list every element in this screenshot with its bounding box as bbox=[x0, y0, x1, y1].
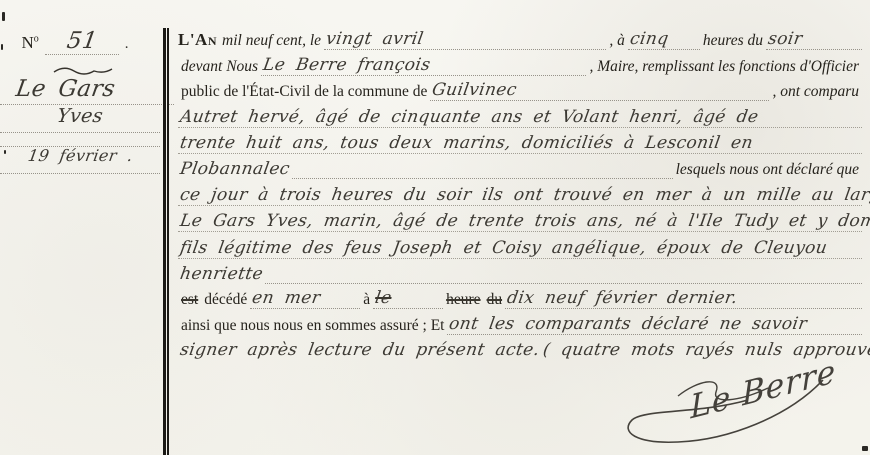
act-line-6: Plobannalec lesquels nous ont déclaré qu… bbox=[178, 154, 862, 179]
signature-block: Le Berre bbox=[618, 362, 868, 454]
hw-commune: Guilvinec bbox=[430, 82, 520, 100]
act-line-10: henriette bbox=[178, 259, 862, 284]
hw-date: vingt avril bbox=[324, 31, 427, 49]
printed-struck-heure: heure bbox=[443, 291, 483, 309]
printed-struck-est: est bbox=[178, 291, 201, 309]
hw-ampm: soir bbox=[766, 31, 806, 49]
blank-commune: Guilvinec bbox=[430, 82, 769, 101]
act-number: No 51 . bbox=[0, 30, 150, 55]
act-line-9: fils légitime des feus Joseph et Coisy a… bbox=[178, 232, 862, 258]
blank-article: le bbox=[373, 290, 443, 309]
hw-deceased-parents: fils légitime des feus Joseph et Coisy a… bbox=[177, 240, 831, 258]
hw-officer-name: Le Berre françois bbox=[261, 57, 434, 75]
act-line-1: L'An mil neuf cent, le vingt avril , à c… bbox=[178, 25, 862, 50]
number-value: 51 bbox=[63, 30, 101, 54]
printed-text: public de l'État-Civil de la commune de bbox=[178, 83, 430, 101]
hw-struck-le: le bbox=[373, 290, 395, 308]
printed-struck-du: du bbox=[484, 291, 506, 309]
blank-hour: cinq bbox=[628, 31, 700, 50]
flourish-squiggle bbox=[52, 64, 114, 76]
number-period: . bbox=[125, 36, 129, 53]
document-page: No 51 . Le Gars Yves 19 février . L'An m… bbox=[0, 0, 870, 455]
blank-ampm: soir bbox=[766, 31, 862, 50]
hw-declarants-2: trente huit ans, tous deux marins, domic… bbox=[177, 135, 757, 153]
printed-text: à bbox=[360, 291, 373, 309]
printed-lan: L'An bbox=[178, 30, 219, 50]
act-line-5: trente huit ans, tous deux marins, domic… bbox=[178, 128, 862, 154]
act-line-2: devant Nous Le Berre françois , Maire, r… bbox=[178, 50, 862, 75]
printed-text: mil neuf cent, le bbox=[219, 32, 324, 50]
printed-text: , à bbox=[606, 32, 628, 50]
blank-death-date: dix neuf février dernier. bbox=[505, 290, 862, 309]
margin-date: 19 février . bbox=[0, 148, 160, 174]
act-line-11: est décédé en mer à le heure du dix neuf… bbox=[178, 284, 862, 309]
act-line-13: signer après lecture du présent acte. ( … bbox=[178, 335, 862, 360]
act-line-3: public de l'État-Civil de la commune de … bbox=[178, 76, 862, 101]
hw-hour: cinq bbox=[628, 31, 672, 49]
act-line-8: Le Gars Yves, marin, âgé de trente trois… bbox=[178, 206, 862, 232]
number-blank: 51 bbox=[45, 30, 119, 55]
dotted-leader bbox=[265, 282, 862, 284]
printed-text: devant Nous bbox=[178, 58, 261, 76]
act-line-12: ainsi que nous nous en sommes assuré ; E… bbox=[178, 309, 862, 334]
margin-empty-line bbox=[0, 132, 160, 147]
number-label: No bbox=[21, 33, 38, 53]
act-line-4: Autret hervé, âgé de cinquante ans et Vo… bbox=[178, 101, 862, 127]
hw-declaration-1: ce jour à trois heures du soir ils ont t… bbox=[177, 187, 870, 205]
printed-text: , ont comparu bbox=[769, 83, 862, 101]
blank-closing: ont les comparants déclaré ne savoir bbox=[447, 316, 862, 335]
dotted-leader bbox=[292, 177, 673, 179]
blank-date: vingt avril bbox=[324, 31, 606, 50]
margin-firstname: Yves bbox=[0, 106, 160, 133]
hw-closing-2: signer après lecture du présent acte. bbox=[177, 342, 543, 360]
hw-spouse-name: henriette bbox=[177, 266, 267, 284]
printed-text: , Maire, remplissant les fonctions d'Off… bbox=[586, 58, 862, 76]
hw-death-place: en mer bbox=[250, 290, 324, 308]
hw-deceased-identity: Le Gars Yves, marin, âgé de trente trois… bbox=[177, 213, 870, 231]
printed-text: décédé bbox=[201, 291, 250, 309]
blank-officer: Le Berre françois bbox=[261, 57, 586, 76]
act-line-7: ce jour à trois heures du soir ils ont t… bbox=[178, 179, 862, 205]
margin-column: No 51 . Le Gars Yves 19 février . bbox=[0, 0, 166, 455]
act-body: L'An mil neuf cent, le vingt avril , à c… bbox=[178, 25, 862, 360]
separator-rule bbox=[163, 28, 170, 455]
blank-place: en mer bbox=[250, 290, 360, 309]
printed-text: lesquels nous ont déclaré que bbox=[673, 161, 862, 179]
hw-death-date: dix neuf février dernier. bbox=[505, 290, 741, 308]
printed-text: ainsi que nous nous en sommes assuré ; E… bbox=[178, 317, 447, 335]
hw-declarants-3: Plobannalec bbox=[177, 161, 293, 179]
hw-declarants-1: Autret hervé, âgé de cinquante ans et Vo… bbox=[177, 109, 762, 127]
hw-closing-1: ont les comparants déclaré ne savoir bbox=[447, 316, 810, 334]
margin-surname: Le Gars bbox=[0, 76, 174, 105]
printed-text: heures du bbox=[700, 32, 766, 50]
